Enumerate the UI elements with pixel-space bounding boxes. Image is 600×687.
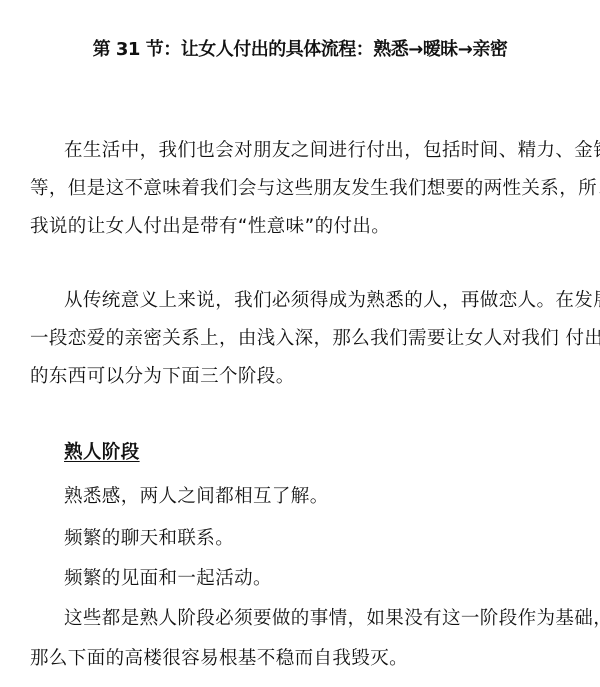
list-item: 熟悉感，两人之间都相互了解。 [64, 484, 329, 510]
paragraph-line: 那么下面的高楼很容易根基不稳而自我毁灭。 [30, 646, 408, 672]
list-item: 频繁的聊天和联系。 [64, 526, 234, 552]
paragraph-line: 的东西可以分为下面三个阶段。 [30, 364, 295, 390]
paragraph-line: 一段恋爱的亲密关系上，由浅入深，那么我们需要让女人对我们 付出 [30, 326, 600, 352]
paragraph-line: 等，但是这不意味着我们会与这些朋友发生我们想要的两性关系，所以 [30, 176, 600, 202]
section-heading: 熟人阶段 [64, 440, 140, 466]
paragraph-line: 在生活中，我们也会对朋友之间进行付出，包括时间、精力、金钱 [64, 138, 600, 164]
list-item: 频繁的见面和一起活动。 [64, 566, 272, 592]
page-title: 第 31 节：让女人付出的具体流程：熟悉→暧昧→亲密 [0, 37, 600, 63]
paragraph-line: 从传统意义上来说，我们必须得成为熟悉的人，再做恋人。在发展 [64, 288, 600, 314]
paragraph-line: 我说的让女人付出是带有“性意味”的付出。 [30, 214, 390, 240]
paragraph-line: 这些都是熟人阶段必须要做的事情，如果没有这一阶段作为基础， [64, 606, 600, 632]
